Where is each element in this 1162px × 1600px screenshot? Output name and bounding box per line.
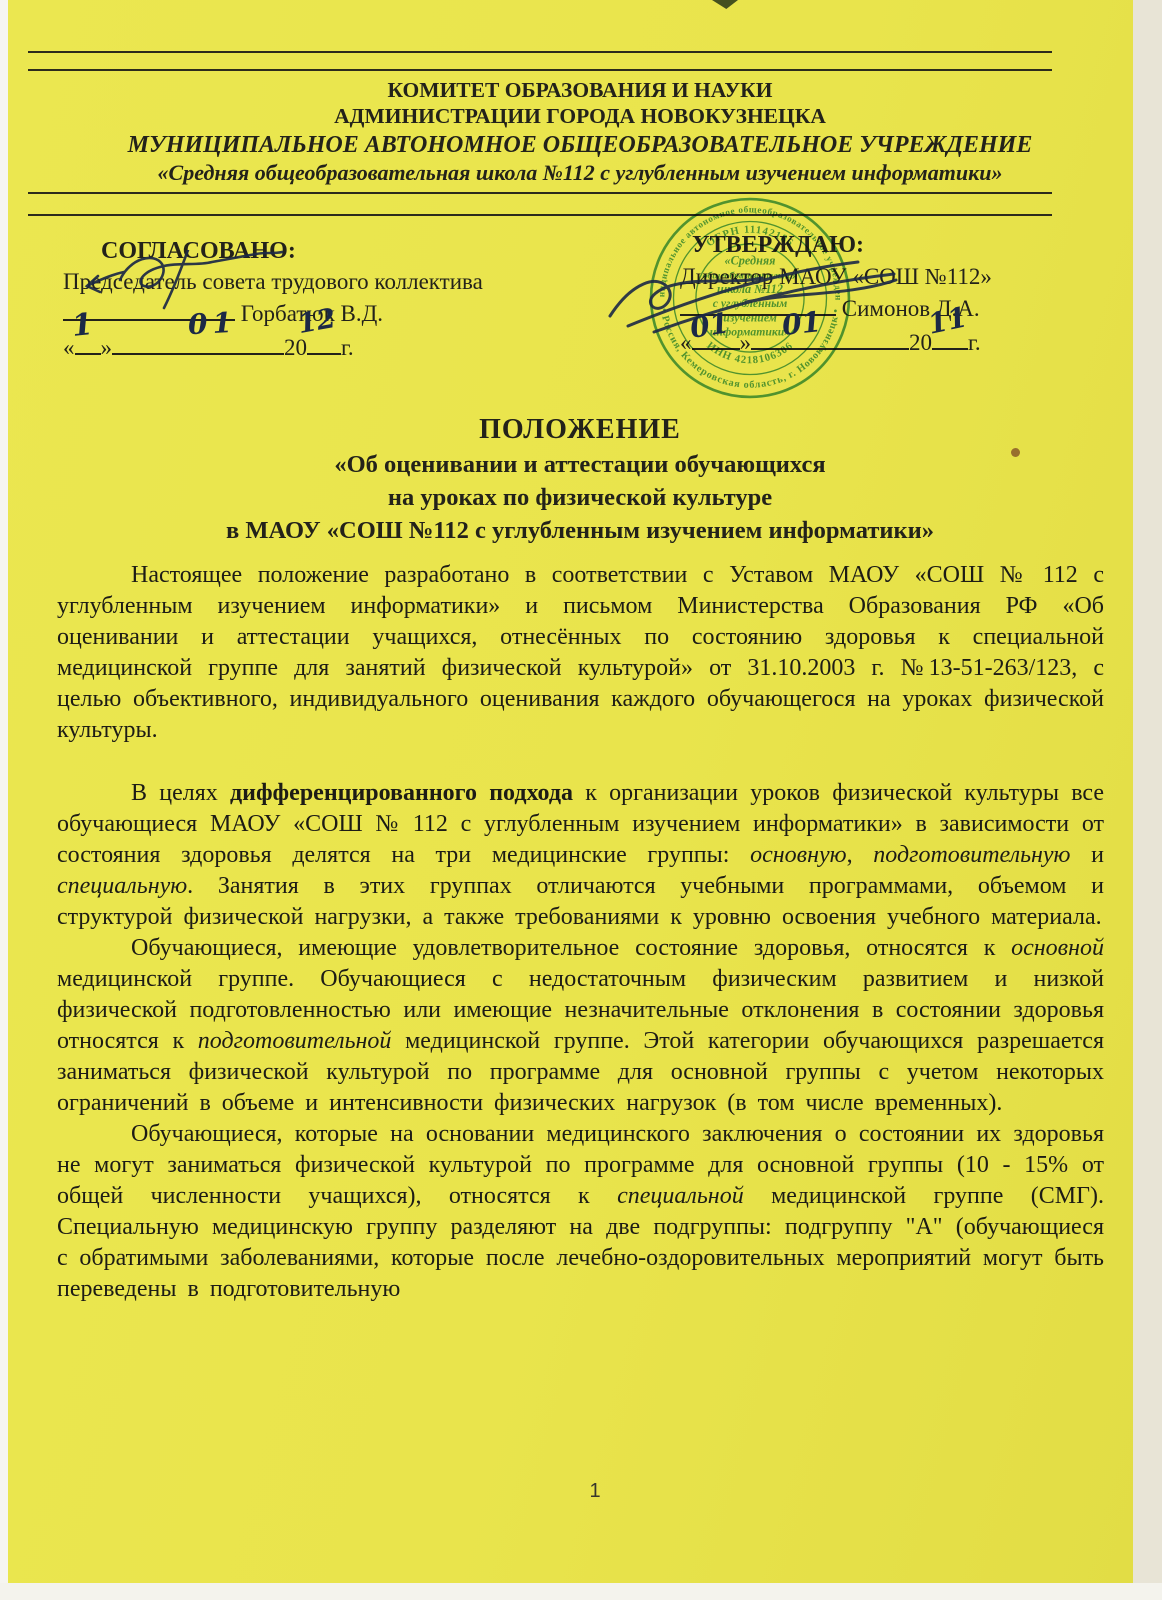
signature-simonov bbox=[596, 256, 906, 346]
paragraph-2: В целях дифференцированного подхода к ор… bbox=[57, 778, 1104, 933]
scanner-edge-bottom bbox=[0, 1583, 1162, 1600]
italic-term: специальную bbox=[57, 873, 187, 899]
quote-close: » bbox=[101, 335, 113, 360]
signature-gorbatyuk bbox=[84, 250, 314, 314]
title-line-3: на уроках по физической культуре bbox=[30, 481, 1130, 514]
document-body: Настоящее положение разработано в соотве… bbox=[57, 560, 1104, 1305]
scanner-edge-right bbox=[1133, 0, 1162, 1600]
year-suffix: г. bbox=[968, 330, 981, 355]
year-prefix: 20 bbox=[909, 330, 932, 355]
year-suffix: г. bbox=[341, 335, 354, 360]
paragraph-4: Обучающиеся, которые на основании медици… bbox=[57, 1119, 1104, 1305]
paragraph-3: Обучающиеся, имеющие удовлетворительное … bbox=[57, 933, 1104, 1119]
approval-left-date: «»20г. bbox=[63, 333, 583, 361]
paragraph-text: Настоящее положение разработано в соотве… bbox=[57, 562, 1104, 743]
letterhead-rule-top-1 bbox=[28, 51, 1052, 53]
letterhead-line-2: АДМИНИСТРАЦИИ ГОРОДА НОВОКУЗНЕЦКА bbox=[68, 103, 1092, 129]
title-line-2: «Об оценивании и аттестации обучающихся bbox=[30, 448, 1130, 481]
scanned-page: КОМИТЕТ ОБРАЗОВАНИЯ И НАУКИ АДМИНИСТРАЦИ… bbox=[0, 0, 1162, 1600]
italic-term: подготовительную bbox=[873, 842, 1070, 868]
paragraph-text: , bbox=[847, 842, 874, 868]
document-title: ПОЛОЖЕНИЕ «Об оценивании и аттестации об… bbox=[30, 412, 1130, 547]
stamp-ogrn-text: ОГРН 11142186 bbox=[704, 224, 796, 250]
paragraph-text: и bbox=[1070, 842, 1104, 868]
svg-text:ОГРН 11142186: ОГРН 11142186 bbox=[704, 224, 796, 250]
letterhead-line-4: «Средняя общеобразовательная школа №112 … bbox=[68, 159, 1092, 186]
letterhead-line-1: КОМИТЕТ ОБРАЗОВАНИЯ И НАУКИ bbox=[68, 77, 1092, 103]
title-line-4: в МАОУ «СОШ №112 с углубленным изучением… bbox=[30, 514, 1130, 547]
title-line-1: ПОЛОЖЕНИЕ bbox=[30, 412, 1130, 448]
paragraph-text: В целях bbox=[131, 780, 230, 806]
paragraph-1: Настоящее положение разработано в соотве… bbox=[57, 560, 1104, 746]
page-number: 1 bbox=[560, 1480, 630, 1503]
letterhead-rule-top-2 bbox=[28, 69, 1052, 71]
italic-term: специальной bbox=[617, 1183, 744, 1209]
italic-term: подготовительной bbox=[198, 1028, 392, 1054]
italic-term: основной bbox=[1011, 935, 1104, 961]
letterhead-rule-bottom-1 bbox=[28, 192, 1052, 194]
letterhead-rule-bottom-2 bbox=[28, 214, 1052, 216]
paper-speck bbox=[1011, 448, 1020, 457]
paragraph-text: Обучающиеся, имеющие удовлетворительное … bbox=[131, 935, 1011, 961]
bold-phrase: дифференцированного подхода bbox=[230, 780, 573, 806]
letterhead-line-3: МУНИЦИПАЛЬНОЕ АВТОНОМНОЕ ОБЩЕОБРАЗОВАТЕЛ… bbox=[68, 131, 1092, 159]
scanner-edge-left bbox=[0, 0, 8, 1600]
letterhead: КОМИТЕТ ОБРАЗОВАНИЯ И НАУКИ АДМИНИСТРАЦИ… bbox=[68, 77, 1092, 186]
paragraph-text: . Занятия в этих группах отличаются учеб… bbox=[57, 873, 1104, 930]
italic-term: основную bbox=[750, 842, 846, 868]
